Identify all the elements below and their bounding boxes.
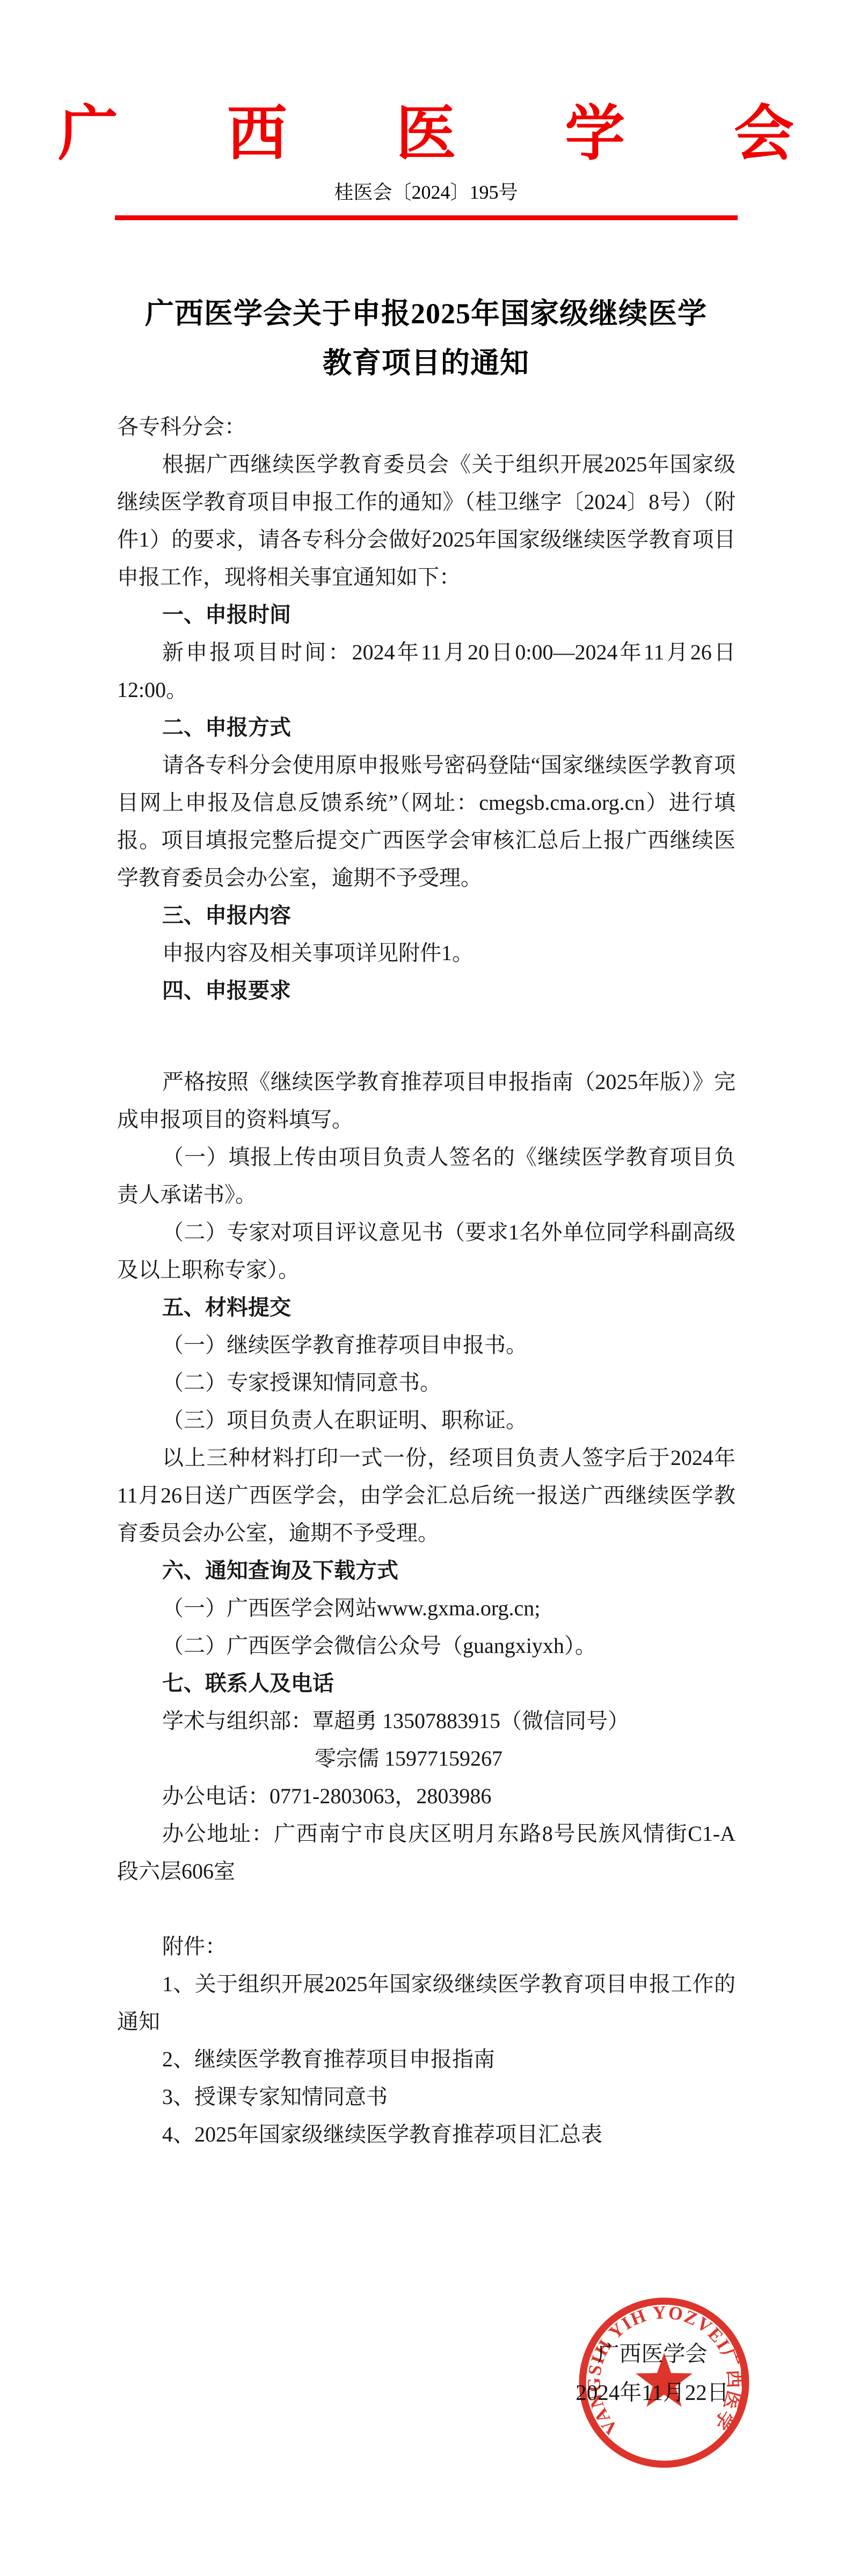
red-divider <box>115 215 738 220</box>
section-5-paragraph-1: （一）继续医学教育推荐项目申报书。 <box>117 1326 736 1364</box>
contact-line-2: 零宗儒 15977159267 <box>117 1740 736 1777</box>
section-4-paragraph-1: 严格按照《继续医学教育推荐项目申报指南（2025年版）》完成申报项目的资料填写。 <box>117 1063 736 1138</box>
notice-title: 广西医学会关于申报2025年国家级继续医学 教育项目的通知 <box>0 289 852 388</box>
notice-title-line-2: 教育项目的通知 <box>0 338 852 388</box>
section-5-paragraph-4: 以上三种材料打印一式一份，经项目负责人签字后于2024年11月26日送广西医学会… <box>117 1439 736 1552</box>
section-6-paragraph-1: （一）广西医学会网站www.gxma.org.cn; <box>117 1590 736 1627</box>
letterhead-org-name: 广 西 医 学 会 <box>0 100 852 169</box>
notice-title-line-1: 广西医学会关于申报2025年国家级继续医学 <box>0 289 852 338</box>
section-2-paragraph-1: 请各专科分会使用原申报账号密码登陆“国家继续医学教育项目网上申报及信息反馈系统”… <box>117 746 736 897</box>
intro-paragraph: 根据广西继续医学教育委员会《关于组织开展2025年国家级继续医学教育项目申报工作… <box>117 446 736 596</box>
section-6-heading: 六、通知查询及下载方式 <box>117 1552 736 1590</box>
section-5-paragraph-2: （二）专家授课知情同意书。 <box>117 1364 736 1402</box>
attachment-item-1: 1、关于组织开展2025年国家级继续医学教育项目申报工作的通知 <box>117 1965 736 2041</box>
notice-body: 各专科分会： 根据广西继续医学教育委员会《关于组织开展2025年国家级继续医学教… <box>117 408 736 2153</box>
office-phone: 办公电话：0771-2803063，2803986 <box>117 1777 736 1815</box>
office-address: 办公地址：广西南宁市良庆区明月东路8号民族风情街C1-A段六层606室 <box>117 1815 736 1890</box>
attachments-label: 附件： <box>117 1928 736 1965</box>
attachment-item-2: 2、继续医学教育推荐项目申报指南 <box>117 2041 736 2078</box>
attachment-item-3: 3、授课专家知情同意书 <box>117 2078 736 2116</box>
seal-star-icon <box>636 2353 693 2407</box>
section-1-heading: 一、申报时间 <box>117 596 736 634</box>
contact-line-1: 学术与组织部：覃超勇 13507883915（微信同号） <box>117 1702 736 1740</box>
salutation: 各专科分会： <box>117 408 736 446</box>
attachment-item-4: 4、2025年国家级继续医学教育推荐项目汇总表 <box>117 2116 736 2153</box>
document-number: 桂医会〔2024〕195号 <box>0 180 852 205</box>
section-6-paragraph-2: （二）广西医学会微信公众号（guangxiyxh）。 <box>117 1627 736 1665</box>
section-1-paragraph-1: 新申报项目时间：2024年11月20日0:00—2024年11月26日12:00… <box>117 634 736 709</box>
section-2-heading: 二、申报方式 <box>117 709 736 746</box>
document-page: 广 西 医 学 会 桂医会〔2024〕195号 广西医学会关于申报2025年国家… <box>0 0 852 2576</box>
section-4-paragraph-2: （一）填报上传由项目负责人签名的《继续医学教育项目负责人承诺书》。 <box>117 1138 736 1214</box>
section-5-paragraph-3: （三）项目负责人在职证明、职称证。 <box>117 1402 736 1439</box>
section-4-paragraph-3: （二）专家对项目评议意见书（要求1名外单位同学科副高级及以上职称专家）。 <box>117 1214 736 1289</box>
letterhead: 广 西 医 学 会 桂医会〔2024〕195号 <box>0 0 852 220</box>
section-5-heading: 五、材料提交 <box>117 1289 736 1326</box>
official-seal: GVANGSIH YIH YOZVEI广西医学会 <box>576 2294 753 2471</box>
section-3-paragraph-1: 申报内容及相关事项详见附件1。 <box>117 934 736 972</box>
section-3-heading: 三、申报内容 <box>117 897 736 934</box>
section-4-heading: 四、申报要求 <box>117 972 736 1010</box>
section-7-heading: 七、联系人及电话 <box>117 1665 736 1702</box>
